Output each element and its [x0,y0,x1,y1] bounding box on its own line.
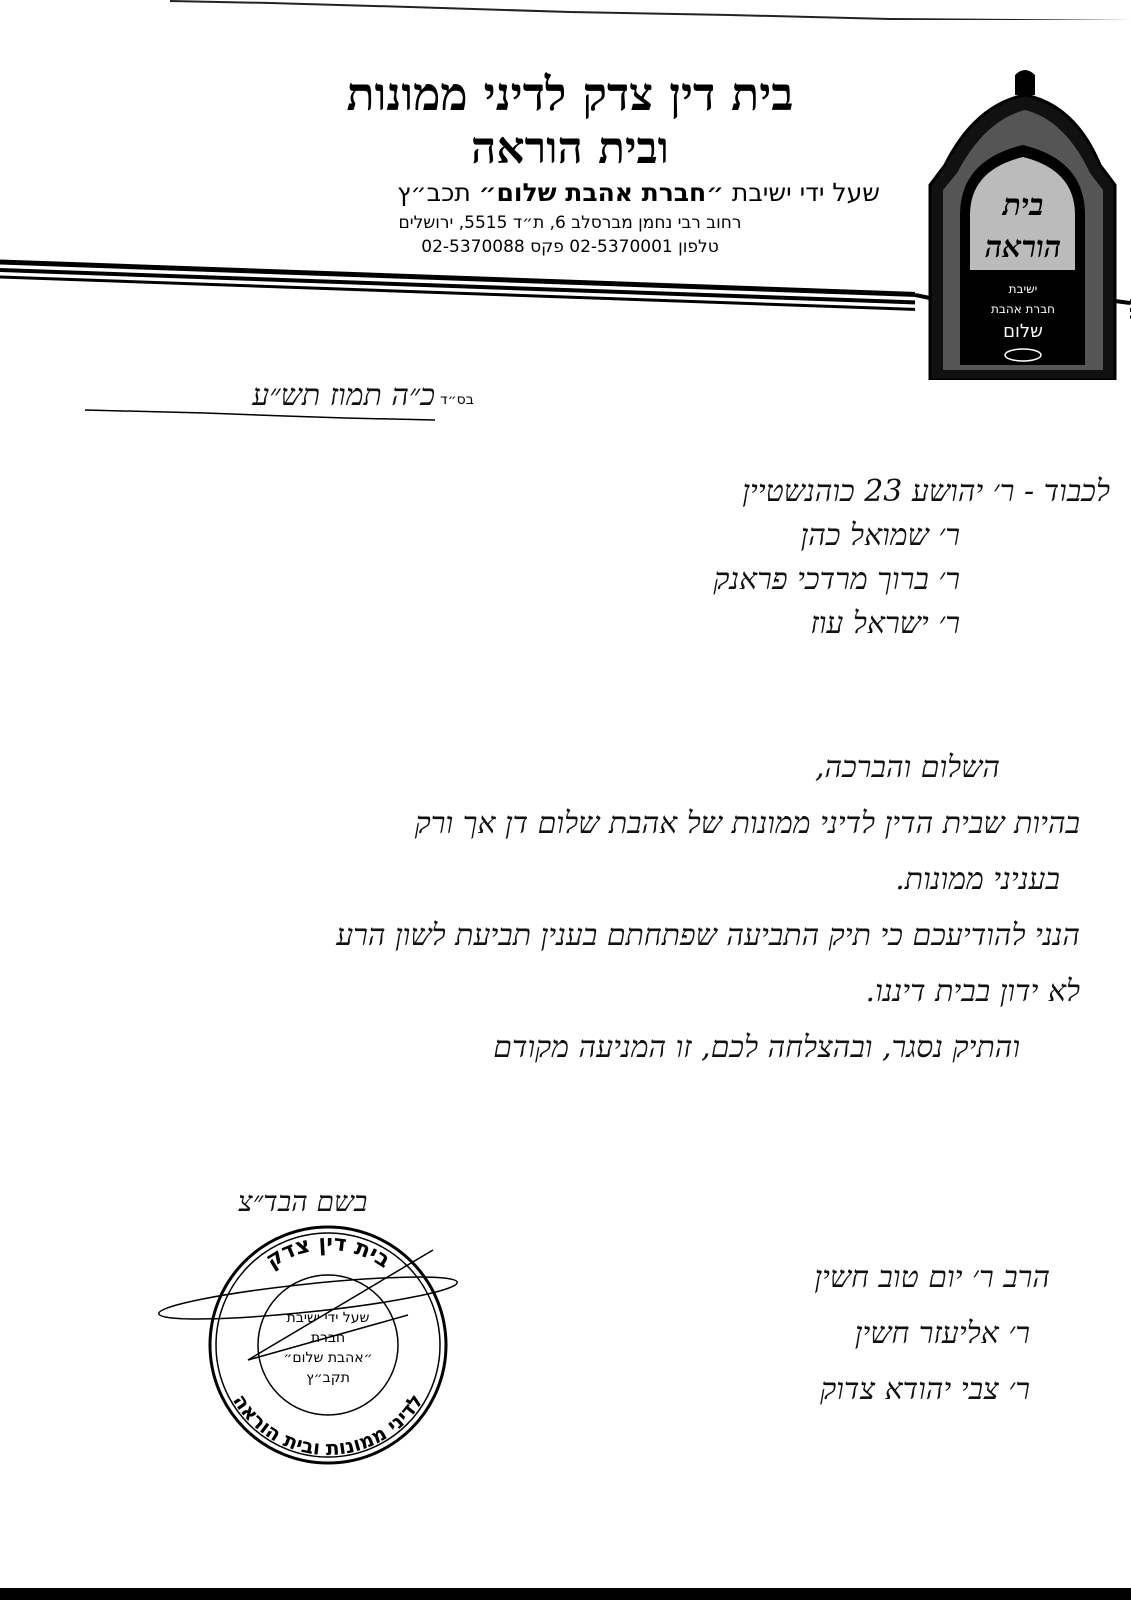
addressee-line: לכבוד - ר׳ יהושע 23 כוהנשטיין [460,470,1110,514]
body-line: בעניני ממונות. [0,852,1080,908]
stamp-seal-graphic: בית דין צדק לדיני ממונות ובית הוראה שעל … [138,1210,458,1480]
signer-line: ר׳ צבי יהודא צדוק [650,1362,1050,1418]
body-line: והתיק נסגר, ובהצלחה לכם, זו המניעה מקודם [0,1020,1080,1076]
logo-text-beit: בית [1001,188,1044,223]
date-underline [85,408,435,422]
signer-line: הרב ר׳ יום טוב חשין [650,1250,1050,1306]
handwritten-date-row: כ״ה תמוז תש״ע [85,378,485,423]
stamp-inner-line4: תקב״ץ [306,1370,350,1386]
logo-text-yeshiva: ישיבת [1009,282,1038,296]
stamp-inner-line3: ״אהבת שלום״ [283,1350,372,1366]
greeting-line: השלום והברכה, [0,740,1080,796]
letterhead-subtitle: שעל ידי ישיבת ״חברת אהבת שלום״ תכב״ץ [250,178,880,208]
subtitle-prefix: שעל ידי ישיבת [732,178,880,207]
logo-text-chevrat: חברת אהבת [991,302,1055,316]
letter-body: השלום והברכה, בהיות שבית הדין לדיני ממונ… [0,740,1080,1076]
signer-line: ר׳ אליעזר חשין [650,1306,1050,1362]
letterhead-address: רחוב רבי נחמן מברסלב 6, ת״ד 5515, ירושלי… [270,212,870,234]
scan-top-edge-line [170,0,1131,20]
signers-block: הרב ר׳ יום טוב חשין ר׳ אליעזר חשין ר׳ צב… [650,1250,1050,1418]
addressee-line: ר׳ ישראל עוז [460,602,1110,646]
scan-bottom-edge-bar [0,1588,1131,1600]
addressee-line: ר׳ שמואל כהן [460,514,1110,558]
body-line: לא ידון בבית דיננו. [0,964,1080,1020]
letterhead-title-line2: ובית הוראה [270,124,870,174]
court-stamp: בשם הבד״צ בית דין צדק לדיני ממונות ובית … [138,1210,458,1480]
svg-text:לדיני ממונות ובית הוראה: לדיני ממונות ובית הוראה [228,1389,428,1460]
letterhead-title-line1: בית דין צדק לדיני ממונות [270,68,870,120]
logo-text-shalom: שלום [1003,321,1043,342]
stamp-outer-bottom-text: לדיני ממונות ובית הוראה [228,1389,428,1460]
logo-text-horaa: הוראה [985,230,1061,265]
subtitle-suffix: תכב״ץ [397,178,471,207]
ornamental-arch-logo-icon: בית הוראה ישיבת חברת אהבת שלום [915,65,1130,380]
body-line: בהיות שבית הדין לדיני ממונות של אהבת שלו… [0,796,1080,852]
addressee-line: ר׳ ברוך מרדכי פראנק [460,558,1110,602]
addressee-block: לכבוד - ר׳ יהושע 23 כוהנשטיין ר׳ שמואל כ… [460,470,1110,646]
subtitle-yeshiva-name: ״חברת אהבת שלום״ [479,178,724,207]
body-line: הנני להודיעכם כי תיק התביעה שפתחתם בענין… [0,908,1080,964]
